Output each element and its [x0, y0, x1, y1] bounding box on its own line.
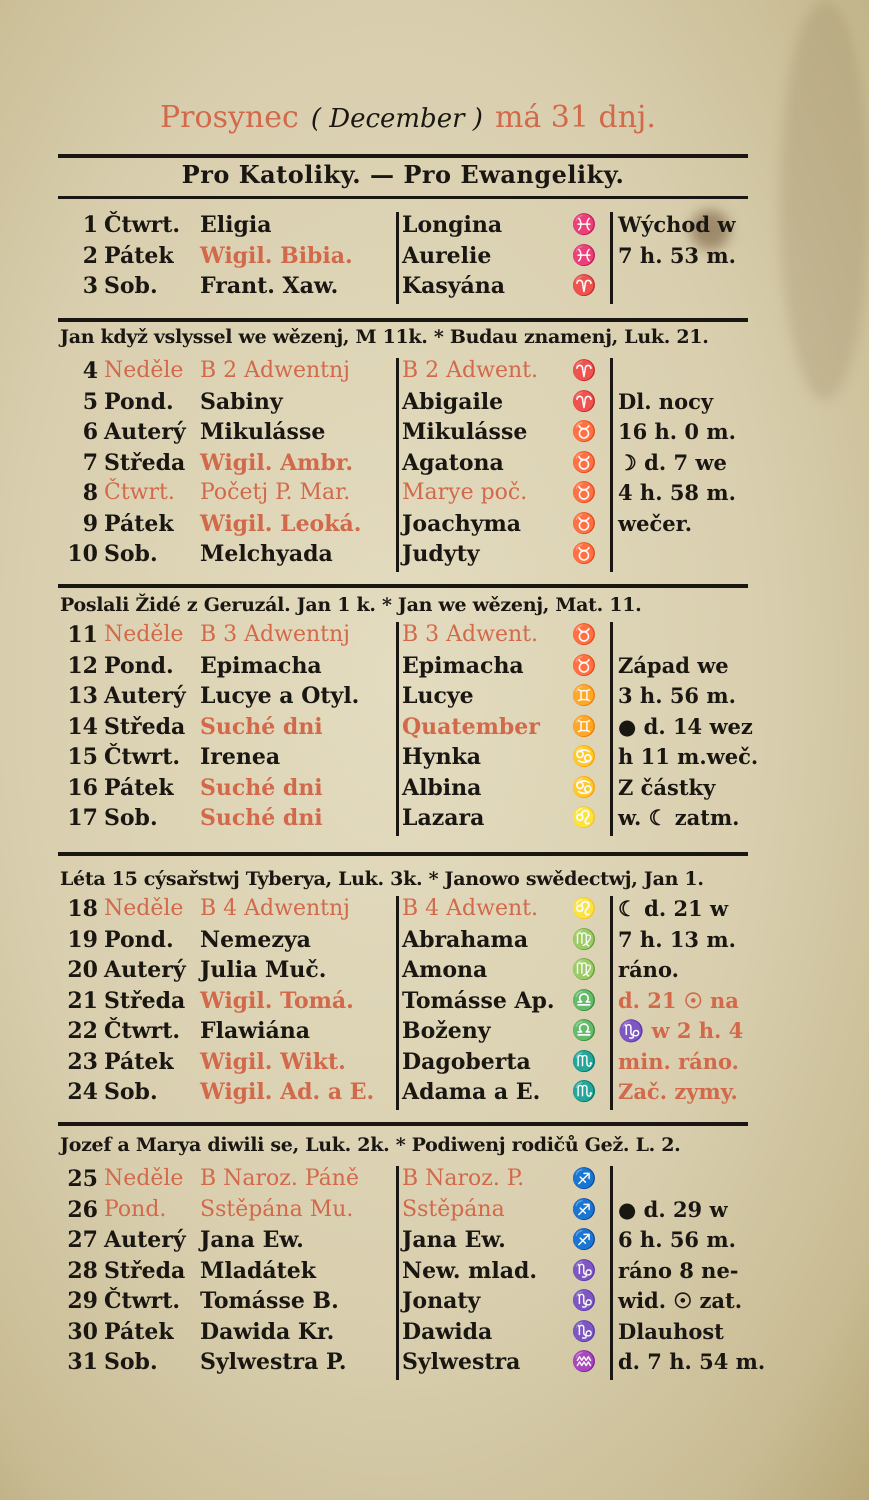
weekday: Auterý: [104, 957, 186, 983]
calendar-day-row: 12Pond.EpimachaEpimacha♉Západ we: [58, 653, 758, 683]
astronomical-note: Západ we: [618, 653, 729, 678]
zodiac-sign-icon: ♍: [562, 957, 606, 981]
almanac-page: Prosynec ( December ) má 31 dnj. Pro Kat…: [0, 0, 869, 1500]
calendar-day-row: 27AuterýJana Ew.Jana Ew.♐6 h. 56 m.: [58, 1227, 758, 1257]
astronomical-note: ● d. 14 wez: [618, 714, 753, 739]
calendar-day-row: 8Čtwrt.Početj P. Mar.Marye poč.♉4 h. 58 …: [58, 480, 758, 510]
gospel-verse: Léta 15 cýsařstwj Tyberya, Luk. 3k. * Ja…: [60, 868, 760, 890]
calendar-day-row: 28StředaMladátekNew. mlad.♑ráno 8 ne-: [58, 1258, 758, 1288]
day-number: 6: [58, 419, 98, 445]
catholic-feast: Sabiny: [200, 389, 283, 415]
astronomical-note: 4 h. 58 m.: [618, 480, 736, 505]
astronomical-note: ráno 8 ne-: [618, 1258, 739, 1283]
catholic-feast: Jana Ew.: [200, 1227, 304, 1253]
zodiac-sign-icon: ♑: [562, 1258, 606, 1282]
evangelical-name: Boženy: [402, 1018, 491, 1044]
calendar-day-row: 15Čtwrt.IreneaHynka♋h 11 m.weč.: [58, 744, 758, 774]
rule: [58, 196, 748, 199]
zodiac-sign-icon: ♊: [562, 683, 606, 707]
day-number: 17: [58, 805, 98, 831]
calendar-day-row: 4NeděleB 2 AdwentnjB 2 Adwent.♈: [58, 358, 758, 388]
day-number: 15: [58, 744, 98, 770]
week-block: 1Čtwrt.EligiaLongina♓Wýchod w2PátekWigil…: [58, 212, 758, 308]
weekday: Pátek: [104, 511, 174, 537]
zodiac-sign-icon: ♉: [562, 511, 606, 535]
calendar-day-row: 10Sob.MelchyadaJudyty♉: [58, 541, 758, 571]
catholic-feast: Eligia: [200, 212, 271, 238]
calendar-day-row: 1Čtwrt.EligiaLongina♓Wýchod w: [58, 212, 758, 242]
catholic-feast: Dawida Kr.: [200, 1319, 334, 1345]
evangelical-name: Longina: [402, 212, 502, 238]
evangelical-name: Quatember: [402, 714, 540, 740]
day-number: 5: [58, 389, 98, 415]
day-number: 12: [58, 653, 98, 679]
astronomical-note: ♑ w 2 h. 4: [618, 1018, 743, 1044]
weekday: Čtwrt.: [104, 1018, 180, 1044]
zodiac-sign-icon: ♍: [562, 927, 606, 951]
catholic-feast: Lucye a Otyl.: [200, 683, 359, 709]
evangelical-name: B Naroz. P.: [402, 1166, 524, 1191]
zodiac-sign-icon: ♉: [562, 653, 606, 677]
day-number: 26: [58, 1197, 98, 1223]
zodiac-sign-icon: ♌: [562, 896, 606, 920]
weekday: Sob.: [104, 541, 158, 567]
gospel-verse: Poslali Židé z Geruzál. Jan 1 k. * Jan w…: [60, 594, 760, 616]
catholic-feast: B 4 Adwentnj: [200, 896, 350, 921]
rule: [58, 852, 748, 856]
day-number: 21: [58, 988, 98, 1014]
evangelical-name: Albina: [402, 775, 481, 801]
evangelical-name: Jonaty: [402, 1288, 480, 1314]
zodiac-sign-icon: ♉: [562, 480, 606, 504]
day-number: 4: [58, 358, 98, 384]
catholic-feast: B 2 Adwentnj: [200, 358, 350, 383]
catholic-feast: Flawiána: [200, 1018, 310, 1044]
zodiac-sign-icon: ♎: [562, 1018, 606, 1042]
weekday: Středa: [104, 988, 185, 1014]
astronomical-note: d. 7 h. 54 m.: [618, 1349, 765, 1374]
catholic-feast: Tomásse B.: [200, 1288, 339, 1314]
astronomical-note: ☽ d. 7 we: [618, 450, 727, 475]
catholic-feast: Epimacha: [200, 653, 322, 679]
zodiac-sign-icon: ♋: [562, 775, 606, 799]
astronomical-note: 3 h. 56 m.: [618, 683, 736, 708]
catholic-feast: Mikulásse: [200, 419, 325, 445]
zodiac-sign-icon: ♈: [562, 273, 606, 297]
day-number: 18: [58, 896, 98, 922]
astronomical-note: ráno.: [618, 957, 679, 982]
day-number: 31: [58, 1349, 98, 1375]
weekday: Čtwrt.: [104, 1288, 180, 1314]
evangelical-name: Abrahama: [402, 927, 528, 953]
week-block: 11NeděleB 3 AdwentnjB 3 Adwent.♉12Pond.E…: [58, 622, 758, 834]
weekday: Sob.: [104, 805, 158, 831]
zodiac-sign-icon: ♐: [562, 1197, 606, 1221]
evangelical-name: Tomásse Ap.: [402, 988, 555, 1014]
calendar-day-row: 9PátekWigil. Leoká.Joachyma♉wečer.: [58, 511, 758, 541]
weekday: Pátek: [104, 1319, 174, 1345]
calendar-day-row: 14StředaSuché dniQuatember♊● d. 14 wez: [58, 714, 758, 744]
zodiac-sign-icon: ♈: [562, 389, 606, 413]
gospel-verse: Jan když vslyssel we wězenj, M 11k. * Bu…: [60, 326, 760, 348]
zodiac-sign-icon: ♈: [562, 358, 606, 382]
day-number: 23: [58, 1049, 98, 1075]
calendar-day-row: 22Čtwrt.FlawiánaBoženy♎♑ w 2 h. 4: [58, 1018, 758, 1048]
day-number: 8: [58, 480, 98, 506]
evangelical-name: Dawida: [402, 1319, 492, 1345]
catholic-feast: Suché dni: [200, 805, 323, 831]
catholic-feast: Wigil. Leoká.: [200, 511, 361, 537]
zodiac-sign-icon: ♑: [562, 1288, 606, 1312]
day-number: 28: [58, 1258, 98, 1284]
astronomical-note: Dlauhost: [618, 1319, 724, 1344]
calendar-day-row: 26Pond.Sstěpána Mu.Sstěpána♐● d. 29 w: [58, 1197, 758, 1227]
astronomical-note: ☾ d. 21 w: [618, 896, 728, 921]
evangelical-name: Sylwestra: [402, 1349, 520, 1375]
zodiac-sign-icon: ♉: [562, 541, 606, 565]
weekday: Středa: [104, 1258, 185, 1284]
weekday: Neděle: [104, 1166, 183, 1191]
catholic-feast: Wigil. Ambr.: [200, 450, 353, 476]
day-number: 11: [58, 622, 98, 648]
weekday: Pond.: [104, 653, 174, 679]
catholic-feast: Nemezya: [200, 927, 311, 953]
day-number: 20: [58, 957, 98, 983]
evangelical-name: New. mlad.: [402, 1258, 537, 1284]
zodiac-sign-icon: ♒: [562, 1349, 606, 1373]
zodiac-sign-icon: ♌: [562, 805, 606, 829]
astronomical-note: 7 h. 53 m.: [618, 243, 736, 268]
evangelical-name: Agatona: [402, 450, 504, 476]
month-latin: ( December ): [311, 104, 483, 134]
calendar-day-row: 29Čtwrt.Tomásse B.Jonaty♑wid. ☉ zat.: [58, 1288, 758, 1318]
calendar-day-row: 7StředaWigil. Ambr.Agatona♉☽ d. 7 we: [58, 450, 758, 480]
day-number: 10: [58, 541, 98, 567]
calendar-day-row: 23PátekWigil. Wikt.Dagoberta♏min. ráno.: [58, 1049, 758, 1079]
astronomical-note: Zač. zymy.: [618, 1079, 738, 1104]
day-number: 14: [58, 714, 98, 740]
catholic-feast: Wigil. Ad. a E.: [200, 1079, 374, 1105]
astronomical-note: w. ☾ zatm.: [618, 805, 740, 830]
catholic-feast: Julia Muč.: [200, 957, 326, 983]
weekday: Pond.: [104, 927, 174, 953]
day-number: 1: [58, 212, 98, 238]
catholic-feast: Wigil. Bibia.: [200, 243, 353, 269]
day-number: 13: [58, 683, 98, 709]
calendar-day-row: 3Sob.Frant. Xaw.Kasyána♈: [58, 273, 758, 303]
zodiac-sign-icon: ♓: [562, 243, 606, 267]
days-note: má 31 dnj.: [495, 100, 656, 135]
calendar-day-row: 24Sob.Wigil. Ad. a E.Adama a E.♏Zač. zym…: [58, 1079, 758, 1109]
astronomical-note: Wýchod w: [618, 212, 735, 237]
week-block: 4NeděleB 2 AdwentnjB 2 Adwent.♈5Pond.Sab…: [58, 358, 758, 570]
weekday: Pond.: [104, 1197, 166, 1222]
catholic-feast: Sylwestra P.: [200, 1349, 347, 1375]
astronomical-note: wid. ☉ zat.: [618, 1288, 742, 1313]
day-number: 3: [58, 273, 98, 299]
zodiac-sign-icon: ♐: [562, 1166, 606, 1190]
astronomical-note: d. 21 ☉ na: [618, 988, 739, 1013]
weekday: Auterý: [104, 1227, 186, 1253]
zodiac-sign-icon: ♉: [562, 419, 606, 443]
weekday: Středa: [104, 450, 185, 476]
astronomical-note: 7 h. 13 m.: [618, 927, 736, 952]
weekday: Čtwrt.: [104, 212, 180, 238]
catholic-feast: Suché dni: [200, 714, 323, 740]
weekday: Sob.: [104, 1079, 158, 1105]
astronomical-note: wečer.: [618, 511, 692, 536]
column-subhead: Pro Katoliky. — Pro Ewangeliky.: [58, 160, 748, 194]
day-number: 27: [58, 1227, 98, 1253]
catholic-feast: Frant. Xaw.: [200, 273, 338, 299]
evangelical-name: Aurelie: [402, 243, 491, 269]
zodiac-sign-icon: ♊: [562, 714, 606, 738]
day-number: 30: [58, 1319, 98, 1345]
zodiac-sign-icon: ♎: [562, 988, 606, 1012]
weekday: Pond.: [104, 389, 174, 415]
zodiac-sign-icon: ♓: [562, 212, 606, 236]
evangelical-name: Mikulásse: [402, 419, 527, 445]
catholic-feast: Melchyada: [200, 541, 333, 567]
weekday: Středa: [104, 714, 185, 740]
weekday: Neděle: [104, 622, 183, 647]
calendar-day-row: 30PátekDawida Kr.Dawida♑Dlauhost: [58, 1319, 758, 1349]
day-number: 9: [58, 511, 98, 537]
calendar-day-row: 19Pond.NemezyaAbrahama♍7 h. 13 m.: [58, 927, 758, 957]
astronomical-note: min. ráno.: [618, 1049, 739, 1074]
calendar-day-row: 25NeděleB Naroz. PáněB Naroz. P.♐: [58, 1166, 758, 1196]
evangelical-name: Joachyma: [402, 511, 521, 537]
calendar-day-row: 13AuterýLucye a Otyl.Lucye♊3 h. 56 m.: [58, 683, 758, 713]
evangelical-name: Abigaile: [402, 389, 503, 415]
day-number: 19: [58, 927, 98, 953]
zodiac-sign-icon: ♋: [562, 744, 606, 768]
astronomical-note: 6 h. 56 m.: [618, 1227, 736, 1252]
rule: [58, 1122, 748, 1126]
calendar-day-row: 6AuterýMikulásseMikulásse♉16 h. 0 m.: [58, 419, 758, 449]
calendar-day-row: 17Sob.Suché dniLazara♌w. ☾ zatm.: [58, 805, 758, 835]
weekday: Neděle: [104, 358, 183, 383]
catholic-feast: B 3 Adwentnj: [200, 622, 350, 647]
evangelical-name: Dagoberta: [402, 1049, 531, 1075]
day-number: 2: [58, 243, 98, 269]
evangelical-name: Adama a E.: [402, 1079, 540, 1105]
weekday: Pátek: [104, 775, 174, 801]
astronomical-note: 16 h. 0 m.: [618, 419, 736, 444]
catholic-feast: Wigil. Wikt.: [200, 1049, 346, 1075]
weekday: Pátek: [104, 243, 174, 269]
evangelical-name: B 4 Adwent.: [402, 896, 538, 921]
day-number: 25: [58, 1166, 98, 1192]
weekday: Pátek: [104, 1049, 174, 1075]
week-block: 18NeděleB 4 AdwentnjB 4 Adwent.♌☾ d. 21 …: [58, 896, 758, 1108]
weekday: Čtwrt.: [104, 744, 180, 770]
catholic-feast: Wigil. Tomá.: [200, 988, 354, 1014]
week-block: 25NeděleB Naroz. PáněB Naroz. P.♐26Pond.…: [58, 1166, 758, 1382]
evangelical-name: B 3 Adwent.: [402, 622, 538, 647]
day-number: 22: [58, 1018, 98, 1044]
calendar-day-row: 11NeděleB 3 AdwentnjB 3 Adwent.♉: [58, 622, 758, 652]
catholic-feast: Početj P. Mar.: [200, 480, 350, 505]
astronomical-note: ● d. 29 w: [618, 1197, 728, 1222]
calendar-day-row: 2PátekWigil. Bibia.Aurelie♓7 h. 53 m.: [58, 243, 758, 273]
calendar-day-row: 20AuterýJulia Muč.Amona♍ráno.: [58, 957, 758, 987]
zodiac-sign-icon: ♐: [562, 1227, 606, 1251]
month-name: Prosynec: [160, 100, 299, 135]
catholic-feast: B Naroz. Páně: [200, 1166, 359, 1191]
zodiac-sign-icon: ♏: [562, 1049, 606, 1073]
day-number: 29: [58, 1288, 98, 1314]
evangelical-name: Marye poč.: [402, 480, 527, 505]
month-title: Prosynec ( December ) má 31 dnj.: [160, 100, 720, 145]
evangelical-name: Lazara: [402, 805, 484, 831]
gospel-verse: Jozef a Marya diwili se, Luk. 2k. * Podi…: [60, 1134, 760, 1156]
astronomical-note: Dl. nocy: [618, 389, 713, 414]
evangelical-name: Sstěpána: [402, 1197, 505, 1222]
evangelical-name: Amona: [402, 957, 487, 983]
astronomical-note: Z částky: [618, 775, 715, 800]
weekday: Auterý: [104, 683, 186, 709]
zodiac-sign-icon: ♉: [562, 450, 606, 474]
catholic-feast: Mladátek: [200, 1258, 316, 1284]
weekday: Sob.: [104, 1349, 158, 1375]
page-edge-shadow: [780, 0, 869, 400]
day-number: 24: [58, 1079, 98, 1105]
calendar-day-row: 5Pond.SabinyAbigaile♈Dl. nocy: [58, 389, 758, 419]
evangelical-name: Kasyána: [402, 273, 505, 299]
weekday: Sob.: [104, 273, 158, 299]
zodiac-sign-icon: ♑: [562, 1319, 606, 1343]
day-number: 16: [58, 775, 98, 801]
zodiac-sign-icon: ♏: [562, 1079, 606, 1103]
evangelical-name: B 2 Adwent.: [402, 358, 538, 383]
rule: [58, 584, 748, 588]
calendar-day-row: 31Sob.Sylwestra P.Sylwestra♒d. 7 h. 54 m…: [58, 1349, 758, 1379]
rule: [58, 154, 748, 158]
calendar-day-row: 21StředaWigil. Tomá.Tomásse Ap.♎d. 21 ☉ …: [58, 988, 758, 1018]
catholic-feast: Sstěpána Mu.: [200, 1197, 353, 1222]
evangelical-name: Hynka: [402, 744, 481, 770]
evangelical-name: Lucye: [402, 683, 474, 709]
calendar-day-row: 18NeděleB 4 AdwentnjB 4 Adwent.♌☾ d. 21 …: [58, 896, 758, 926]
weekday: Neděle: [104, 896, 183, 921]
evangelical-name: Jana Ew.: [402, 1227, 506, 1253]
astronomical-note: h 11 m.weč.: [618, 744, 758, 769]
calendar-day-row: 16PátekSuché dniAlbina♋Z částky: [58, 775, 758, 805]
weekday: Auterý: [104, 419, 186, 445]
evangelical-name: Epimacha: [402, 653, 524, 679]
catholic-feast: Suché dni: [200, 775, 323, 801]
day-number: 7: [58, 450, 98, 476]
evangelical-name: Judyty: [402, 541, 480, 567]
catholic-feast: Irenea: [200, 744, 280, 770]
zodiac-sign-icon: ♉: [562, 622, 606, 646]
rule: [58, 318, 748, 322]
weekday: Čtwrt.: [104, 480, 175, 505]
